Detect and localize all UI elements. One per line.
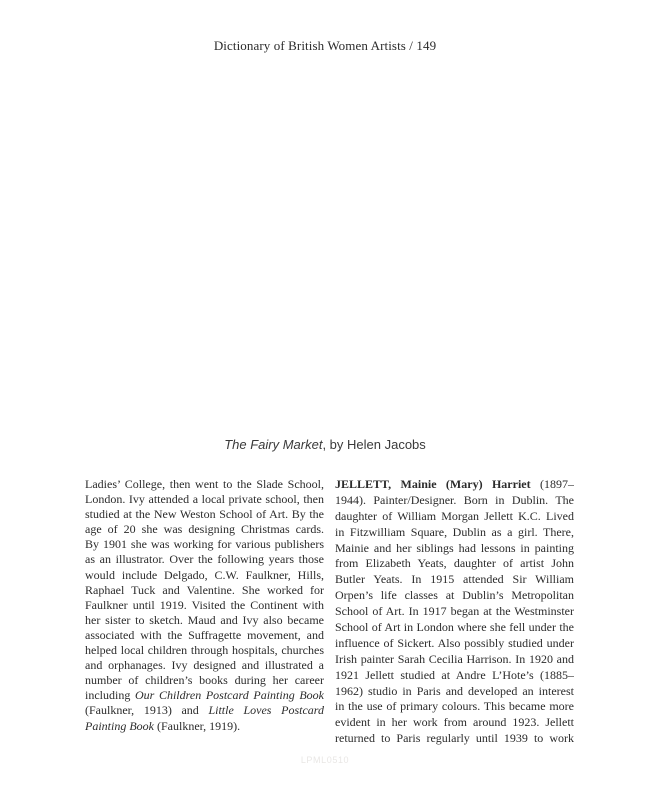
- text-run: Ladies’ College, then went to the Slade …: [85, 477, 324, 491]
- text-line: number of children’s books during her ca…: [85, 673, 324, 688]
- text-run: in the use of primary colours. This beca…: [335, 699, 574, 713]
- text-line: influence of Sickert. Also possibly stud…: [335, 636, 574, 652]
- text-line: in Fitzwilliam Square, Dublin as a girl.…: [335, 525, 574, 541]
- text-run: Raphael Tuck and Valentine. She worked f…: [85, 583, 324, 597]
- text-columns: Ladies’ College, then went to the Slade …: [85, 477, 574, 747]
- figure-area: [85, 62, 574, 430]
- text-run: Faulkner until 1919. Visited the Contine…: [85, 598, 324, 612]
- text-line: returned to Paris regularly until 1939 t…: [335, 731, 574, 747]
- text-line: including Our Children Postcard Painting…: [85, 688, 324, 703]
- text-line: Irish painter Sarah Cecilia Harrison. In…: [335, 652, 574, 668]
- text-run: By 1901 she was working for various publ…: [85, 537, 324, 551]
- text-line: would include Delgado, C.W. Faulkner, Hi…: [85, 568, 324, 583]
- text-run: 1944). Painter/Designer. Born in Dublin.…: [335, 493, 574, 507]
- text-run: 1962) studio in Paris and developed an i…: [335, 684, 574, 698]
- text-line: (Faulkner, 1913) and Little Loves Postca…: [85, 703, 324, 718]
- text-run: would include Delgado, C.W. Faulkner, Hi…: [85, 568, 324, 582]
- text-line: associated with the Suffragette movement…: [85, 628, 324, 643]
- text-line: 1944). Painter/Designer. Born in Dublin.…: [335, 493, 574, 509]
- text-run: Mainie and her siblings had lessons in p…: [335, 541, 574, 555]
- text-run: from Elizabeth Yeats, daughter of artist…: [335, 556, 574, 570]
- text-line: Painting Book (Faulkner, 1919).: [85, 719, 324, 734]
- text-line: her sister to sketch. Maud and Ivy also …: [85, 613, 324, 628]
- text-line: Butler Yeats. In 1915 attended Sir Willi…: [335, 572, 574, 588]
- text-run: JELLETT, Mainie (Mary) Harriet: [335, 477, 531, 491]
- text-line: studied at the New Weston School of Art.…: [85, 507, 324, 522]
- text-line: By 1901 she was working for various publ…: [85, 537, 324, 552]
- text-run: Painting Book: [85, 719, 154, 733]
- text-line: 1921 Jellett studied at Andre L’Hote’s (…: [335, 668, 574, 684]
- text-line: age of 20 she was designing Christmas ca…: [85, 522, 324, 537]
- text-run: age of 20 she was designing Christmas ca…: [85, 522, 324, 536]
- text-run: helped local children through hospitals,…: [85, 643, 324, 657]
- text-run: and orphanages. Ivy designed and illustr…: [85, 658, 324, 672]
- text-line: School of Art in London where she fell u…: [335, 620, 574, 636]
- text-run: Orpen’s life classes at Dublin’s Metropo…: [335, 588, 574, 602]
- left-column: Ladies’ College, then went to the Slade …: [85, 477, 324, 747]
- text-run: Little Loves Postcard: [208, 703, 324, 717]
- book-page: Dictionary of British Women Artists / 14…: [0, 0, 650, 802]
- text-run: including: [85, 688, 135, 702]
- text-line: helped local children through hospitals,…: [85, 643, 324, 658]
- text-run: influence of Sickert. Also possibly stud…: [335, 636, 574, 650]
- text-run: Our Children Postcard Painting Book: [135, 688, 324, 702]
- text-line: and orphanages. Ivy designed and illustr…: [85, 658, 324, 673]
- text-run: Butler Yeats. In 1915 attended Sir Willi…: [335, 572, 574, 586]
- text-line: 1962) studio in Paris and developed an i…: [335, 684, 574, 700]
- text-run: (Faulkner, 1913) and: [85, 703, 208, 717]
- text-line: Mainie and her siblings had lessons in p…: [335, 541, 574, 557]
- text-run: returned to Paris regularly until 1939 t…: [335, 731, 574, 745]
- text-run: studied at the New Weston School of Art.…: [85, 507, 324, 521]
- right-column: JELLETT, Mainie (Mary) Harriet (1897–194…: [335, 477, 574, 747]
- figure-caption-title: The Fairy Market: [224, 437, 322, 452]
- text-run: associated with the Suffragette movement…: [85, 628, 324, 642]
- text-run: her sister to sketch. Maud and Ivy also …: [85, 613, 324, 627]
- text-run: Irish painter Sarah Cecilia Harrison. In…: [335, 652, 574, 666]
- text-run: evident in her work from around 1923. Je…: [335, 715, 574, 729]
- watermark: LPML0510: [0, 755, 650, 765]
- figure-caption: The Fairy Market, by Helen Jacobs: [0, 437, 650, 452]
- text-run: 1921 Jellett studied at Andre L’Hote’s (…: [335, 668, 574, 682]
- text-run: School of Art. In 1917 began at the West…: [335, 604, 574, 618]
- text-line: from Elizabeth Yeats, daughter of artist…: [335, 556, 574, 572]
- text-line: Raphael Tuck and Valentine. She worked f…: [85, 583, 324, 598]
- text-line: London. Ivy attended a local private sch…: [85, 492, 324, 507]
- text-line: evident in her work from around 1923. Je…: [335, 715, 574, 731]
- figure-caption-suffix: , by Helen Jacobs: [322, 437, 425, 452]
- text-line: JELLETT, Mainie (Mary) Harriet (1897–: [335, 477, 574, 493]
- text-line: Faulkner until 1919. Visited the Contine…: [85, 598, 324, 613]
- text-line: in the use of primary colours. This beca…: [335, 699, 574, 715]
- text-line: Orpen’s life classes at Dublin’s Metropo…: [335, 588, 574, 604]
- page-header: Dictionary of British Women Artists / 14…: [0, 38, 650, 54]
- text-run: School of Art in London where she fell u…: [335, 620, 574, 634]
- text-run: London. Ivy attended a local private sch…: [85, 492, 324, 506]
- text-line: School of Art. In 1917 began at the West…: [335, 604, 574, 620]
- text-run: number of children’s books during her ca…: [85, 673, 324, 687]
- text-run: (1897–: [531, 477, 574, 491]
- text-line: Ladies’ College, then went to the Slade …: [85, 477, 324, 492]
- text-line: as an illustrator. Over the following ye…: [85, 552, 324, 567]
- text-line: daughter of William Morgan Jellett K.C. …: [335, 509, 574, 525]
- text-run: daughter of William Morgan Jellett K.C. …: [335, 509, 574, 523]
- text-run: (Faulkner, 1919).: [154, 719, 240, 733]
- text-run: in Fitzwilliam Square, Dublin as a girl.…: [335, 525, 574, 539]
- text-run: as an illustrator. Over the following ye…: [85, 552, 324, 566]
